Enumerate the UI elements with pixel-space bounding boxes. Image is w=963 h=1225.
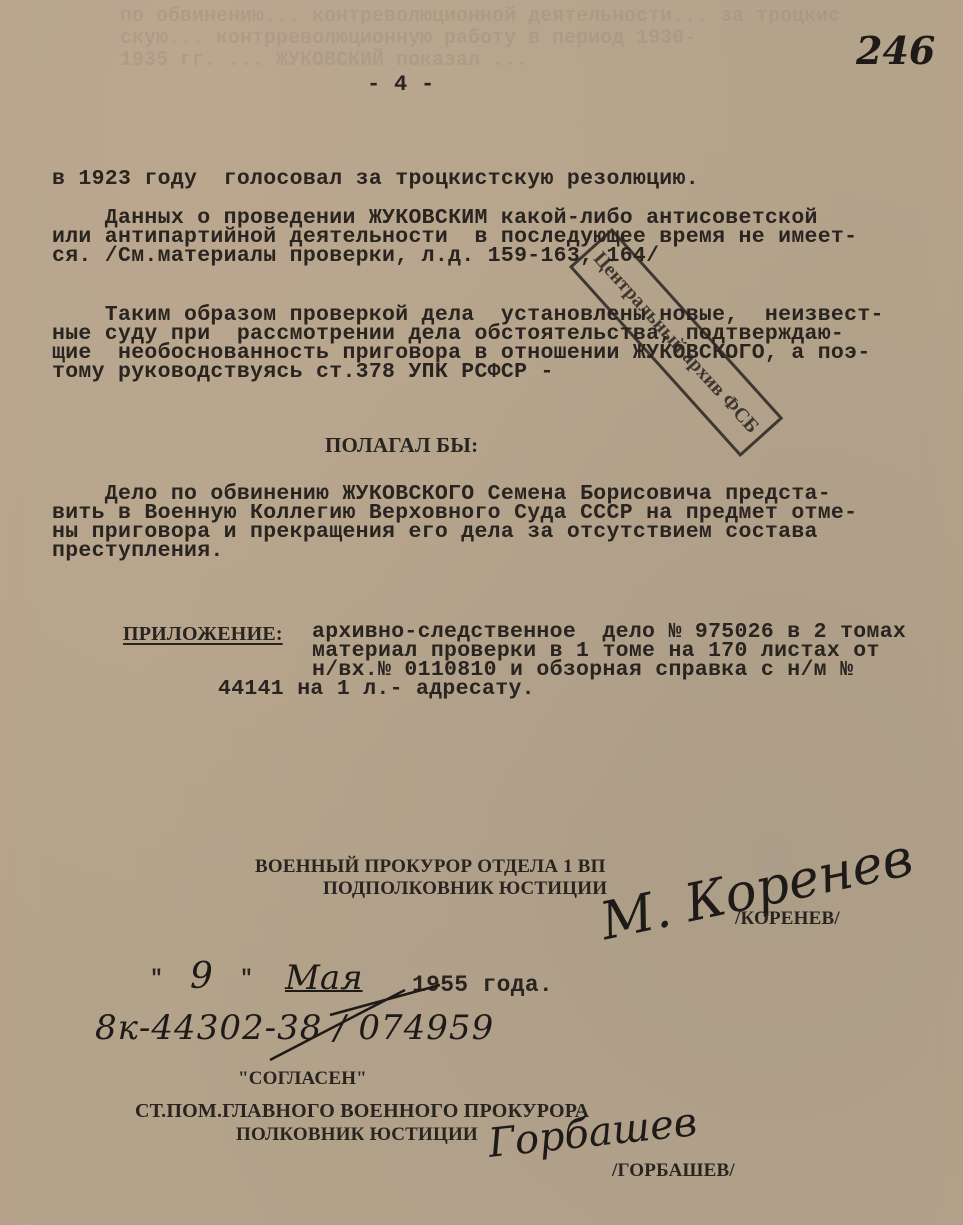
text-line: преступления. (52, 542, 224, 561)
registration-number: 8к-44302-38 / 074959 (95, 1008, 494, 1048)
appendix-line: 44141 на 1 л.- адресату. (218, 680, 535, 699)
quote-mark: " (150, 970, 163, 989)
archive-sheet-number: 246 (856, 28, 935, 73)
approver-rank: ПОЛКОВНИК ЮСТИЦИИ (236, 1124, 478, 1146)
approval-label: "СОГЛАСЕН" (238, 1068, 367, 1090)
quote-mark: " (240, 970, 253, 989)
conclusion-heading: ПОЛАГАЛ БЫ: (325, 433, 478, 458)
signer-name: /КОРЕНЕВ/ (735, 908, 840, 930)
text-line: в 1923 году голосовал за троцкистскую ре… (52, 170, 699, 189)
typed-page-number: - 4 - (367, 75, 435, 94)
text-line: тому руководствуясь ст.378 УПК РСФСР - (52, 363, 554, 382)
date-month: Мая (285, 958, 363, 998)
bleed-through-text: по обвинению... конт­революционной деяте… (120, 6, 840, 126)
date-day: 9 (190, 956, 213, 997)
handwritten-signature: М. Коренев (595, 828, 918, 953)
signer-title: ВОЕННЫЙ ПРОКУРОР ОТДЕЛА 1 ВП (255, 856, 606, 878)
signer-rank: ПОДПОЛКОВНИК ЮСТИЦИИ (323, 878, 607, 900)
date-year: 1955 года. (412, 976, 553, 995)
approver-name: /ГОРБАШЕВ/ (612, 1160, 735, 1182)
text-line: ся. /См.материалы проверки, л.д. 159-163… (52, 247, 659, 266)
appendix-label: ПРИЛОЖЕНИЕ: (123, 623, 283, 646)
